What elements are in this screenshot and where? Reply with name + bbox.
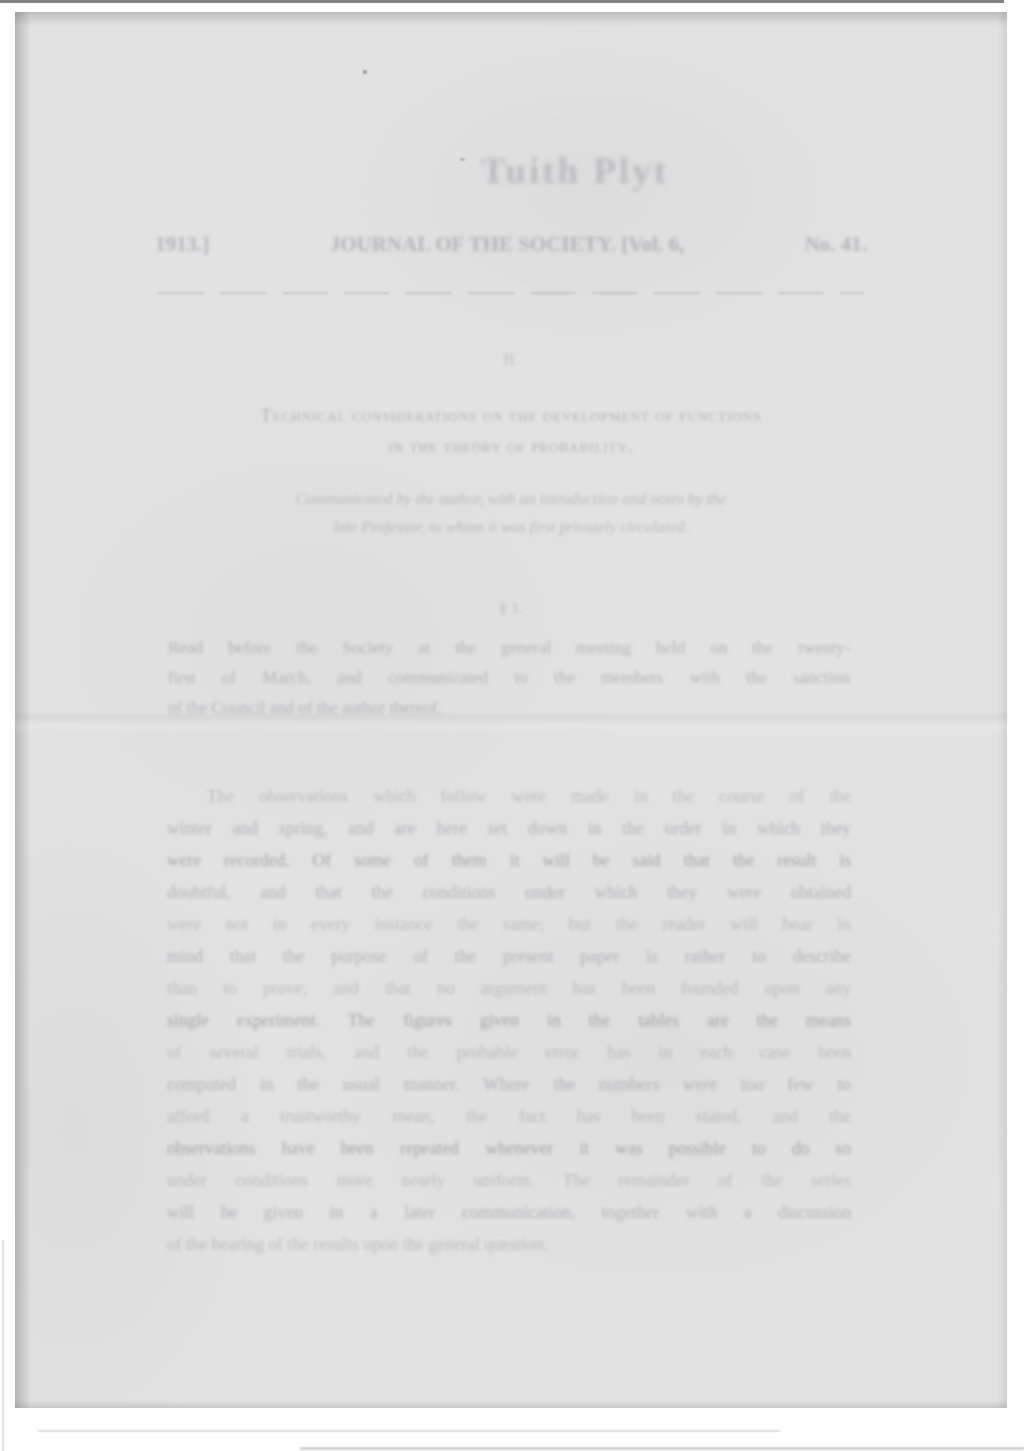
article-title-line: in the theory of probability. — [155, 431, 867, 462]
body-text-line: afford a trustworthy mean, the fact has … — [167, 1100, 851, 1132]
article-title-line: Technical considerations on the developm… — [155, 400, 867, 431]
journal-masthead-title: Tuith Plyt — [245, 150, 905, 193]
article-series-numeral: II. — [155, 350, 867, 370]
header-date: 1913.] — [155, 232, 209, 257]
body-text-line: were not in every instance the same; but… — [167, 908, 851, 940]
body-text-line: doubtful, and that the conditions under … — [167, 876, 851, 908]
scan-stray-line — [38, 1430, 780, 1432]
body-paragraph: The observations which follow were made … — [167, 780, 851, 1260]
body-text-line: of several trials, and the probable erro… — [167, 1036, 851, 1068]
header-issue-number: No. 41. — [805, 232, 867, 257]
abstract-paragraph: Read before the Society at the general m… — [168, 633, 850, 723]
body-text-line: of the bearing of the results upon the g… — [167, 1228, 851, 1260]
scan-stray-line — [2, 1240, 4, 1451]
abstract-line: Read before the Society at the general m… — [168, 633, 850, 663]
body-text-line: single experiment. The figures given in … — [167, 1004, 851, 1036]
byline-line: late Professor, to whom it was first pri… — [155, 514, 867, 542]
abstract-line: first of March, and communicated to the … — [168, 663, 850, 693]
header-rule — [158, 292, 864, 294]
page-bottom-shadow — [15, 1400, 1007, 1408]
body-text-line: under conditions more nearly uniform. Th… — [167, 1164, 851, 1196]
header-journal-volume: JOURNAL OF THE SOCIETY. [Vol. 6, — [330, 232, 684, 257]
article-byline: Communicated by the author, with an intr… — [155, 486, 867, 542]
journal-header-row: 1913.] JOURNAL OF THE SOCIETY. [Vol. 6, … — [155, 232, 867, 257]
page-right-shadow — [997, 12, 1007, 1408]
body-text-line: winter and spring, and are here set down… — [167, 812, 851, 844]
page-top-shadow — [15, 12, 1007, 26]
body-text-line: than to prove, and that no argument has … — [167, 972, 851, 1004]
body-text-line: mind that the purpose of the present pap… — [167, 940, 851, 972]
page-left-shadow — [15, 12, 31, 1408]
body-text-line: computed in the usual manner. Where the … — [167, 1068, 851, 1100]
body-text-line: will be given in a later communication, … — [167, 1196, 851, 1228]
body-text-line: were recorded. Of some of them it will b… — [167, 844, 851, 876]
body-text-line: The observations which follow were made … — [167, 780, 851, 812]
scan-top-strip — [0, 0, 1004, 3]
section-mark: § 1. — [155, 600, 867, 618]
abstract-line: of the Council and of the author thereof… — [168, 693, 850, 723]
scan-speck — [363, 70, 367, 74]
byline-line: Communicated by the author, with an intr… — [155, 486, 867, 514]
scan-stray-line — [300, 1447, 1024, 1450]
body-text-line: observations have been repeated whenever… — [167, 1132, 851, 1164]
article-title: Technical considerations on the developm… — [155, 400, 867, 462]
